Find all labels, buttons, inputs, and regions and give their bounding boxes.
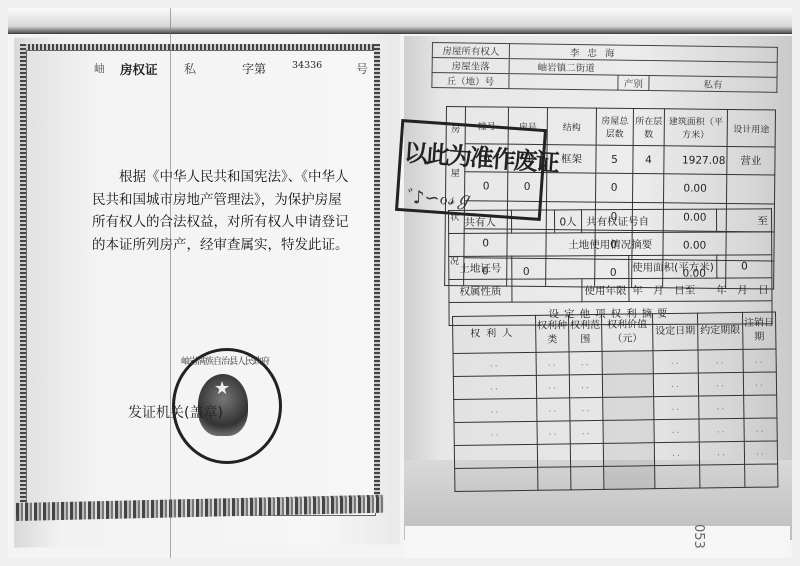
cell: .. [537,421,570,444]
cell [700,464,745,488]
cell: .. [743,349,776,372]
cell: .. [654,396,699,420]
land-cert-value [512,256,629,280]
cell: .. [699,395,744,419]
co-owner-cert-range-label: 共有权证号自 [582,209,717,233]
ownership-value [512,279,582,302]
cell [602,374,653,398]
header-set-date: 设定日期 [652,313,698,351]
title-cert-name: 房权证 [120,60,158,78]
cell: .. [569,374,602,397]
land-cert-label: 土地证号 [449,256,512,279]
cell: .. [453,375,536,399]
land-use-section-title: 土地使用情况摘要 [449,232,772,257]
cell: .. [537,398,570,421]
certificate-number: 34336 [292,60,322,71]
issuer-label: 发证机关(盖章) [128,402,223,422]
header-structure: 结构 [547,108,596,146]
use-area-label: 使用面积(平方米) [629,255,717,278]
cell [538,467,571,490]
cell: 5 [596,145,633,174]
cell: .. [654,442,699,466]
cell [655,465,700,489]
cell: 0.00 [664,174,727,203]
cell: .. [570,397,603,420]
header-floor: 所在层数 [633,108,664,145]
plot-value [509,74,618,91]
seal-text: 岫岩满族自治县人民政府 [180,354,270,367]
cell: 0 [596,173,633,202]
scan-top-edge [8,8,792,34]
cell: .. [698,349,743,373]
cell [745,464,778,487]
other-rights-table: 权利人 权利种类 权利范围 权利价值（元） 设定日期 约定期限 注销日期 .. … [452,311,778,492]
header-rights-holder: 权利人 [453,315,537,353]
cell [604,466,655,490]
header-cancel-date: 注销日期 [742,312,776,349]
cell: .. [536,375,569,398]
cell: .. [699,441,744,465]
term-label: 使用年限 [582,279,629,302]
cell: 1927.08 [664,146,727,175]
cell: .. [743,372,776,395]
table-row [455,464,778,492]
border-top [20,44,380,50]
header-rights-scope: 权利范围 [568,314,602,351]
cell: .. [536,352,569,375]
location-label: 房屋坐落 [432,58,509,74]
border-right [374,44,380,504]
cell: .. [699,418,744,442]
cell [603,397,654,421]
cell: 营业 [727,146,775,175]
cell: .. [698,372,743,396]
owner-info-table: 房屋所有权人 李忠海 房屋坐落 岫岩镇二街道 丘（地）号 产别 私有 [431,42,778,93]
cell [603,443,654,467]
cell: .. [570,420,603,443]
title-suffix: 号 [356,60,368,77]
header-total-floors: 房屋总层数 [596,108,633,145]
cell [571,466,604,489]
cell: .. [453,352,536,376]
scan-bottom-margin [405,526,790,558]
cell: .. [454,421,537,445]
cell: .. [653,350,698,374]
title-category: 私 [184,60,196,77]
cell [744,395,777,418]
cell: .. [653,373,698,397]
owner-label: 房屋所有权人 [432,43,509,59]
cell [537,444,570,467]
title-prefix: 岫 [94,60,105,76]
header-rights-value: 权利价值（元） [601,314,653,352]
cell [602,351,653,375]
cell [726,175,774,204]
property-type-label: 产别 [618,75,649,90]
co-owner-to-label: 至 [717,209,772,232]
use-area-value: 0 [717,255,772,278]
handwritten-signature: ﾞ♪∽ℴ𝓈ℊ [404,183,473,211]
cell: .. [654,419,699,443]
cell: .. [454,398,537,422]
cell [454,444,537,468]
co-owner-count: 0人 [555,210,582,233]
page-number: 053 [691,524,706,549]
cell [603,420,654,444]
term-value: 年 月 日至 年 月 日 [629,278,772,302]
header-agreed-term: 约定期限 [697,312,743,350]
certificate-body-text: 根据《中华人民共和国宪法》、《中华人民共和国城市房地产管理法》，为保护房屋所有权… [92,166,352,256]
cell [633,174,664,203]
ownership-label: 权属性质 [449,279,512,302]
header-usage: 设计用途 [727,109,775,147]
border-left [20,44,26,514]
land-use-table: 共有人 0人 共有权证号自 至 土地使用情况摘要 土地证号 使用面积(平方米) … [448,208,773,326]
scan-fold-line [170,8,171,558]
cell [570,443,603,466]
star-icon: ★ [214,378,230,399]
plot-label: 丘（地）号 [432,73,509,89]
header-area: 建筑面积（平方米） [664,109,727,147]
cell: .. [744,441,777,464]
header-rights-type: 权利种类 [535,315,569,352]
cell: 4 [633,145,664,174]
cell: .. [744,418,777,441]
cell: .. [569,351,602,374]
title-word: 字第 [242,60,266,77]
cell [455,467,538,491]
property-type-value: 私有 [649,76,777,93]
